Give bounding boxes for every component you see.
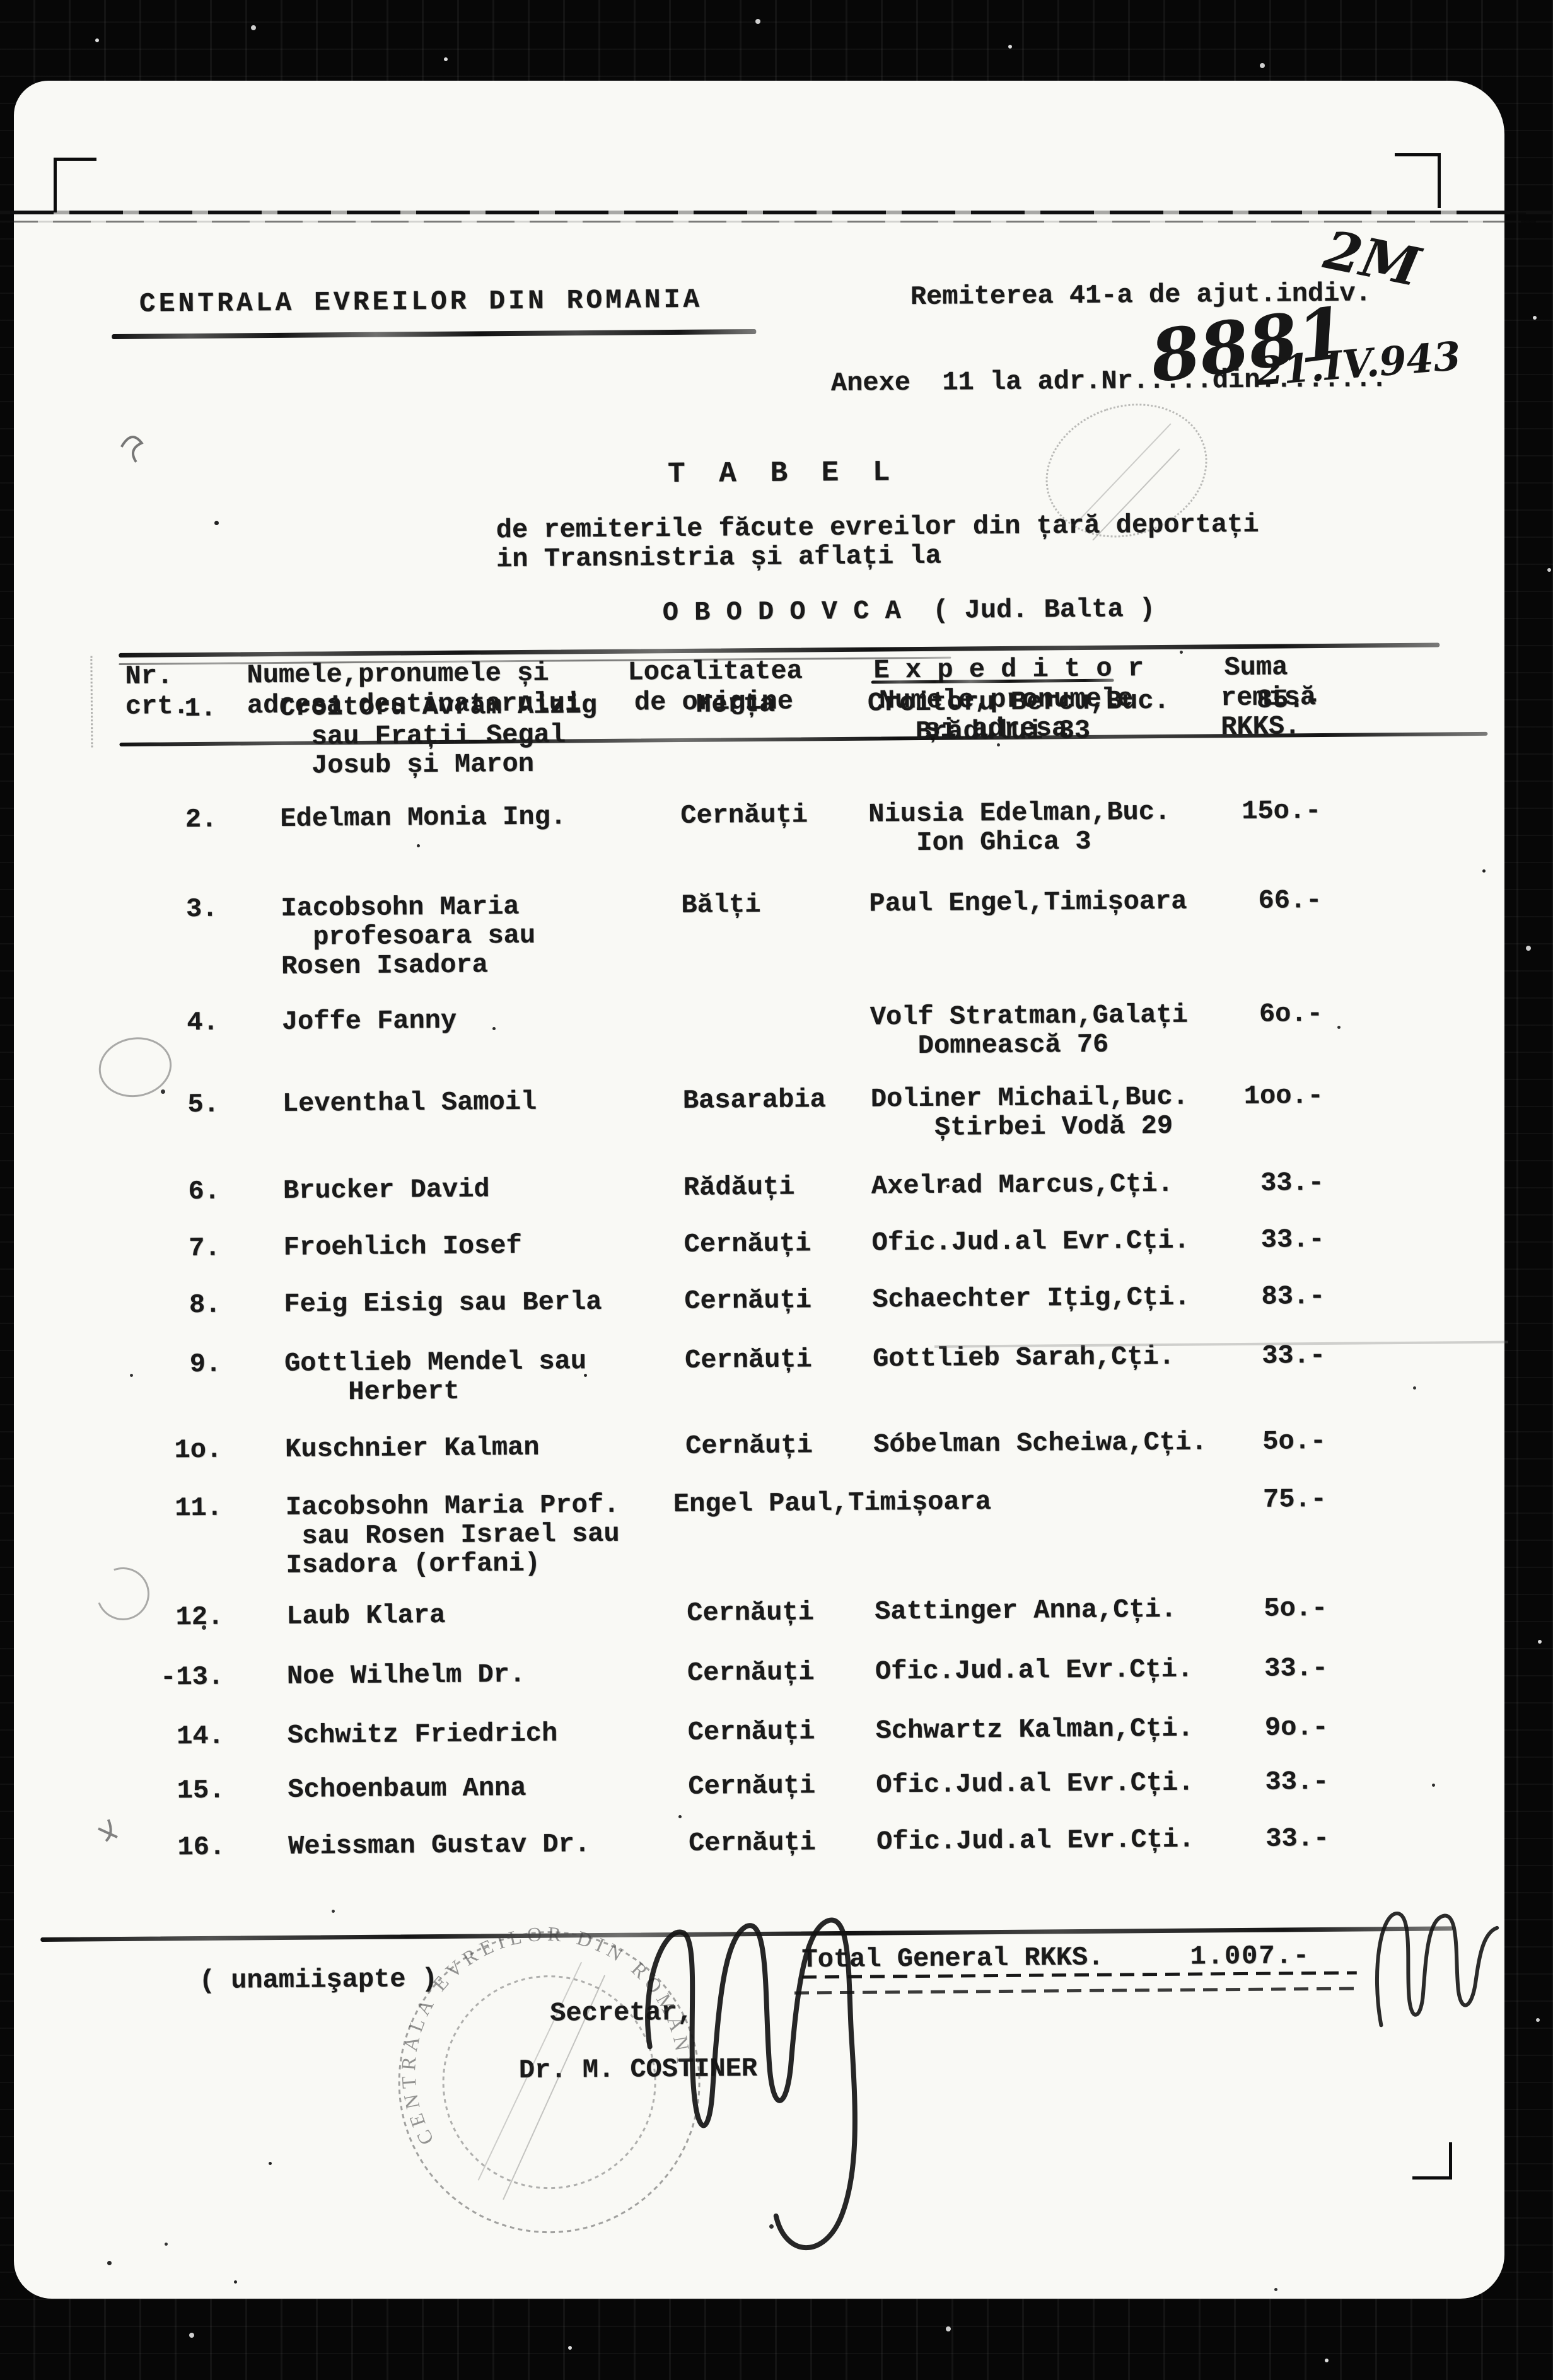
table-row: 14.Schwitz FriedrichCernăuțiSchwartz Kal…: [32, 1712, 1523, 1724]
row-amount: 1oo.-: [1211, 1081, 1323, 1111]
header-amount-line1: Suma: [1224, 653, 1288, 682]
row-number: 9.: [127, 1350, 221, 1379]
film-scratch-line: [0, 211, 1553, 214]
row-number: 15.: [130, 1776, 224, 1806]
row-origin: Bălți: [681, 890, 760, 920]
row-amount: 33.-: [1216, 1654, 1328, 1683]
row-name-line: Leventhal Samoil: [282, 1088, 537, 1118]
film-specks: [0, 0, 3, 3]
ink-specks: [14, 81, 16, 83]
row-sender-line: Croitoru Bercu,Buc.: [868, 687, 1170, 718]
table-row: 3.Iacobsohn Maria profesoara sauRosen Is…: [25, 885, 1516, 897]
row-amount: 33.-: [1216, 1767, 1329, 1797]
table-row: 5.Leventhal SamoilBasarabiaDoliner Micha…: [27, 1080, 1518, 1092]
row-sender-line: Brădului 33: [868, 716, 1090, 747]
row-name-line: Croitoru Avram Aizig: [279, 691, 597, 723]
margin-dotted-line: [90, 656, 93, 747]
table-row: 4.Joffe FannyVolf Stratman,Galați Domnea…: [26, 998, 1517, 1010]
header-origin-line1: Localitatea: [627, 656, 803, 687]
row-amount: 85.-: [1208, 685, 1320, 715]
row-sender-line: Doliner Michail,Buc.: [871, 1083, 1189, 1114]
row-name-line: Gottlieb Mendel sau: [284, 1347, 586, 1378]
frame-corner-mark-bottom-right: [1412, 2142, 1452, 2180]
row-amount: 83.-: [1213, 1282, 1325, 1311]
frame-corner-mark-top-left: [54, 158, 96, 212]
row-sender-line: Schaechter Ițig,Cți.: [872, 1283, 1190, 1315]
row-sender-line: Ofic.Jud.al Evr.Cți.: [875, 1655, 1193, 1686]
row-name-line: Iacobsohn Maria: [281, 892, 519, 923]
letterhead-underline: [112, 329, 756, 339]
table-row: 9.Gottlieb Mendel sau HerbertCernăuțiGot…: [29, 1340, 1520, 1352]
row-origin: Cernăuți: [685, 1431, 813, 1461]
row-amount: 6o.-: [1211, 999, 1323, 1029]
row-name-line: profesoara sau: [281, 921, 536, 952]
doc-title: T A B E L: [668, 458, 899, 489]
row-sender-line: Sattinger Anna,Cți.: [875, 1595, 1177, 1627]
row-name-line: Feig Eisig sau Berla: [284, 1287, 602, 1319]
row-number: 8.: [126, 1291, 221, 1320]
handwritten-check-squiggle: [1342, 1882, 1545, 2054]
pen-mark: [116, 422, 154, 467]
row-name-line: Herbert: [284, 1377, 460, 1407]
row-amount: 33.-: [1212, 1225, 1324, 1255]
row-origin: Cernăuți: [688, 1771, 815, 1801]
row-name-line: Edelman Monia Ing.: [280, 802, 566, 833]
row-sender-line: Schwartz Kalman,Cți.: [876, 1714, 1194, 1746]
row-number: 1o.: [127, 1436, 222, 1465]
row-number: 4.: [124, 1008, 219, 1038]
scanned-document: CENTRALA EVREILOR DIN ROMANIA Remiterea …: [0, 0, 1553, 2380]
row-sender-line: Ofic.Jud.al Evr.Cți.: [871, 1226, 1189, 1258]
row-name-line: Brucker David: [283, 1175, 490, 1205]
row-amount: 33.-: [1217, 1824, 1329, 1854]
row-number: 6.: [125, 1177, 220, 1207]
row-name-line: sau Frații Segal: [279, 720, 566, 752]
row-amount: 66.-: [1209, 886, 1322, 915]
row-origin: Cernăuți: [687, 1657, 815, 1688]
row-name-line: Laub Klara: [286, 1601, 445, 1631]
row-name-line: Isadora (orfani): [286, 1549, 540, 1580]
row-sender-line: Ion Ghica 3: [869, 827, 1091, 858]
row-name-line: Froehlich Iosef: [284, 1231, 522, 1262]
row-origin: Rădăuți: [683, 1173, 795, 1202]
row-amount: 5o.-: [1214, 1427, 1326, 1456]
row-origin: Cernăuți: [685, 1345, 812, 1375]
frame-corner-mark-top-right: [1395, 153, 1441, 208]
row-number: 7.: [126, 1234, 221, 1263]
table-row: 8.Feig Eisig sau BerlaCernăuțiSchaechter…: [28, 1280, 1519, 1292]
row-name-line: Schoenbaum Anna: [288, 1773, 526, 1804]
row-sender-line: Ofic.Jud.al Evr.Cți.: [876, 1825, 1194, 1857]
row-origin: Cernăuți: [684, 1286, 811, 1316]
header-nr-line1: Nr.: [125, 661, 173, 691]
table-row: 7.Froehlich IosefCernăuțiOfic.Jud.al Evr…: [28, 1224, 1519, 1236]
paper: CENTRALA EVREILOR DIN ROMANIA Remiterea …: [14, 81, 1504, 2299]
row-number: -13.: [129, 1663, 224, 1692]
subtitle-line2: in Transnistria și aflați la: [496, 542, 941, 574]
row-origin: Herța: [680, 690, 776, 719]
row-number: 3.: [123, 895, 218, 924]
row-name-line: Iacobsohn Maria Prof.: [286, 1490, 620, 1522]
table-row: -13.Noe Wilhelm Dr.CernăuțiOfic.Jud.al E…: [32, 1652, 1522, 1664]
row-number: 16.: [131, 1833, 225, 1862]
header-name-line1: Numele,pronumele și: [247, 659, 549, 690]
row-amount: 15o.-: [1209, 796, 1321, 826]
table-body: 1.Croitoru Avram Aizig sau Frații Segal …: [18, 0, 1509, 6]
row-sender-line: Niusia Edelman,Buc.: [868, 798, 1170, 829]
row-origin: Basarabia: [683, 1085, 826, 1115]
table-row: 16.Weissman Gustav Dr.CernăuțiOfic.Jud.a…: [33, 1823, 1523, 1835]
row-name-line: Schwitz Friedrich: [288, 1719, 558, 1750]
row-name-line: Rosen Isadora: [281, 950, 488, 981]
row-name-line: Kuschnier Kalman: [285, 1433, 540, 1464]
total-value: 1.007.-: [1190, 1941, 1302, 1971]
row-amount: 75.-: [1214, 1485, 1327, 1514]
row-number: 14.: [130, 1722, 224, 1751]
row-sender-line: Axelrad Marcus,Cți.: [871, 1170, 1173, 1201]
row-amount: 5o.-: [1215, 1594, 1327, 1623]
row-number: 2.: [122, 805, 217, 835]
signature: [605, 1887, 961, 2293]
film-scratch-line: [0, 221, 1553, 223]
table-row: 1o.Kuschnier KalmanCernăuțiSóbelman Sche…: [30, 1425, 1520, 1437]
location-line: O B O D O V C A ( Jud. Balta ): [663, 595, 1156, 627]
row-origin: Cernăuți: [680, 800, 808, 830]
letterhead: CENTRALA EVREILOR DIN ROMANIA: [139, 286, 703, 319]
row-name-line: Weissman Gustav Dr.: [288, 1830, 590, 1861]
table-row: 6.Brucker DavidRădăuțiAxelrad Marcus,Cți…: [28, 1167, 1518, 1179]
row-name-line: sau Rosen Israel sau: [286, 1519, 620, 1551]
row-number: 1.: [122, 694, 216, 724]
table-row: 2.Edelman Monia Ing.CernăuțiNiusia Edelm…: [25, 795, 1515, 807]
row-origin: Cernăuți: [687, 1598, 814, 1628]
row-name-line: Joffe Fanny: [282, 1006, 457, 1036]
row-amount: 9o.-: [1216, 1713, 1329, 1743]
row-origin: Cernăuți: [688, 1717, 815, 1747]
row-sender-line: Știrbei Vodă 29: [871, 1112, 1173, 1143]
row-sender-line: Sóbelman Scheiwa,Cți.: [873, 1427, 1207, 1459]
row-name-line: Noe Wilhelm Dr.: [287, 1660, 525, 1691]
row-origin: Cernăuți: [689, 1828, 816, 1858]
pen-mark: [95, 1813, 139, 1852]
row-amount: 33.-: [1212, 1168, 1324, 1198]
row-name-line: Josub și Maron: [280, 750, 535, 781]
row-sender-line: Paul Engel,Timișoara: [869, 887, 1187, 919]
table-row: 15.Schoenbaum AnnaCernăuțiOfic.Jud.al Ev…: [32, 1766, 1523, 1778]
page-content: CENTRALA EVREILOR DIN ROMANIA Remiterea …: [5, 75, 1513, 2304]
table-row: 11.Iacobsohn Maria Prof. sau Rosen Israe…: [30, 1483, 1521, 1495]
row-sender-line: Engel Paul,Timișoara: [673, 1487, 991, 1519]
row-sender-line: Ofic.Jud.al Evr.Cți.: [876, 1768, 1194, 1800]
row-number: 11.: [128, 1494, 223, 1523]
row-sender-line: Volf Stratman,Galați: [870, 1001, 1188, 1032]
row-sender-line: Domnească 76: [870, 1030, 1108, 1061]
row-origin: Cernăuți: [683, 1229, 811, 1259]
table-row: 12.Laub KlaraCernăuțiSattinger Anna,Cți.…: [31, 1593, 1521, 1605]
